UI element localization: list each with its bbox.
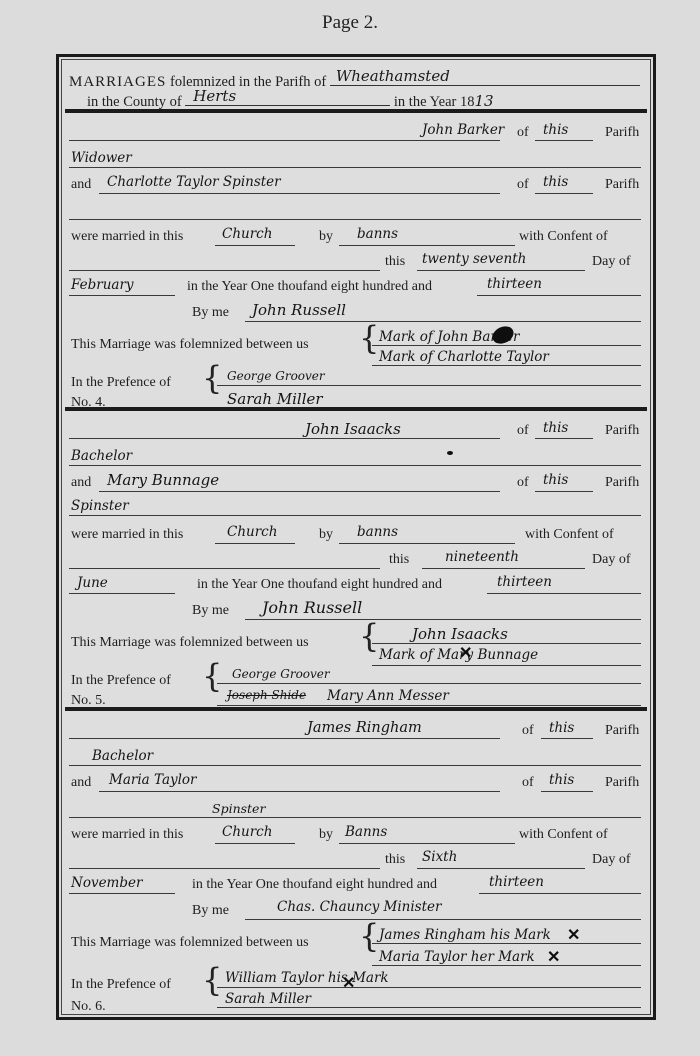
bride-name: Mary Bunnage xyxy=(107,471,219,489)
marriage-by: Banns xyxy=(345,824,387,840)
register-header: MARRIAGES folemnized in the Parifh of Wh… xyxy=(69,65,643,109)
groom-name: John Isaacks xyxy=(305,420,401,438)
witness-2-struck: Joseph Shide xyxy=(227,688,306,702)
x-mark-icon: ✕ xyxy=(342,973,355,993)
party-signature-2: Mark of Charlotte Taylor xyxy=(379,349,549,365)
bride-name: Maria Taylor xyxy=(109,772,197,788)
bride-status: Spinster xyxy=(71,498,129,514)
marriage-entry-6: James Ringham of this Parifh Bachelor an… xyxy=(67,715,645,1015)
marriage-by: banns xyxy=(357,226,398,242)
groom-name: John Barker xyxy=(422,122,504,138)
brace: { xyxy=(359,620,379,652)
marriage-entry-4: John Barker of this Parifh Widower and C… xyxy=(67,117,645,409)
bride-status: Spinster xyxy=(212,801,265,816)
county-field: Herts xyxy=(185,89,390,106)
bride-parish: this xyxy=(543,472,568,488)
bride-name: Charlotte Taylor Spinster xyxy=(107,174,281,190)
marriage-month: June xyxy=(77,575,108,591)
brace: { xyxy=(202,660,222,692)
witness-1: George Groover xyxy=(227,369,325,383)
section-divider xyxy=(65,407,647,411)
marriage-day: nineteenth xyxy=(445,549,519,565)
marriage-place: Church xyxy=(222,226,272,242)
groom-parish: this xyxy=(543,420,568,436)
x-mark-icon: ✕ xyxy=(567,925,580,945)
groom-status: Widower xyxy=(71,150,132,166)
officiant: Chas. Chauncy Minister xyxy=(277,899,441,915)
witness-2: Mary Ann Messer xyxy=(327,688,449,704)
register-frame: MARRIAGES folemnized in the Parifh of Wh… xyxy=(56,54,656,1020)
year-value: 13 xyxy=(474,92,493,110)
marriage-entry-5: John Isaacks of this Parifh Bachelor and… xyxy=(67,415,645,707)
marriage-year-word: thirteen xyxy=(497,574,552,590)
witness-1: William Taylor his Mark xyxy=(225,970,389,986)
x-mark-icon: ✕ xyxy=(547,947,560,967)
county-value: Herts xyxy=(193,87,236,105)
marriage-month: November xyxy=(71,875,142,891)
bride-parish: this xyxy=(549,772,574,788)
marriage-year-word: thirteen xyxy=(489,874,544,890)
witness-2: Sarah Miller xyxy=(225,991,311,1007)
brace: { xyxy=(202,964,222,996)
brace: { xyxy=(359,322,379,354)
groom-status: Bachelor xyxy=(92,748,153,764)
year-label: in the Year 18 xyxy=(394,94,475,110)
county-label: in the County of xyxy=(87,94,182,110)
parish-value: Wheathamsted xyxy=(336,67,450,85)
officiant: John Russell xyxy=(262,598,362,617)
section-divider xyxy=(65,109,647,113)
ink-blot xyxy=(447,451,453,455)
party-signature-1: James Ringham his Mark xyxy=(379,927,551,943)
bride-parish: this xyxy=(543,174,568,190)
marriage-year-word: thirteen xyxy=(487,276,542,292)
groom-status: Bachelor xyxy=(71,448,132,464)
marriage-day: Sixth xyxy=(422,849,457,865)
marriage-place: Church xyxy=(227,524,277,540)
party-signature-2: Maria Taylor her Mark xyxy=(379,949,535,965)
groom-name: James Ringham xyxy=(307,720,422,736)
marriage-place: Church xyxy=(222,824,272,840)
x-mark-icon: ✕ xyxy=(459,643,472,663)
marriage-by: banns xyxy=(357,524,398,540)
header-title-caps: MARRIAGES xyxy=(69,74,166,90)
witness-2: Sarah Miller xyxy=(227,390,323,408)
brace: { xyxy=(202,362,222,394)
page-title: Page 2. xyxy=(0,12,700,34)
marriage-month: February xyxy=(71,277,134,293)
witness-1: George Groover xyxy=(232,667,330,681)
officiant: John Russell xyxy=(252,301,346,319)
section-divider xyxy=(65,707,647,711)
party-signature-1: John Isaacks xyxy=(412,625,508,643)
entry-number: No. 6. xyxy=(71,999,106,1015)
parish-field: Wheathamsted xyxy=(330,69,640,86)
brace: { xyxy=(359,920,379,952)
groom-parish: this xyxy=(549,720,574,736)
groom-parish: this xyxy=(543,122,568,138)
marriage-day: twenty seventh xyxy=(422,251,526,267)
